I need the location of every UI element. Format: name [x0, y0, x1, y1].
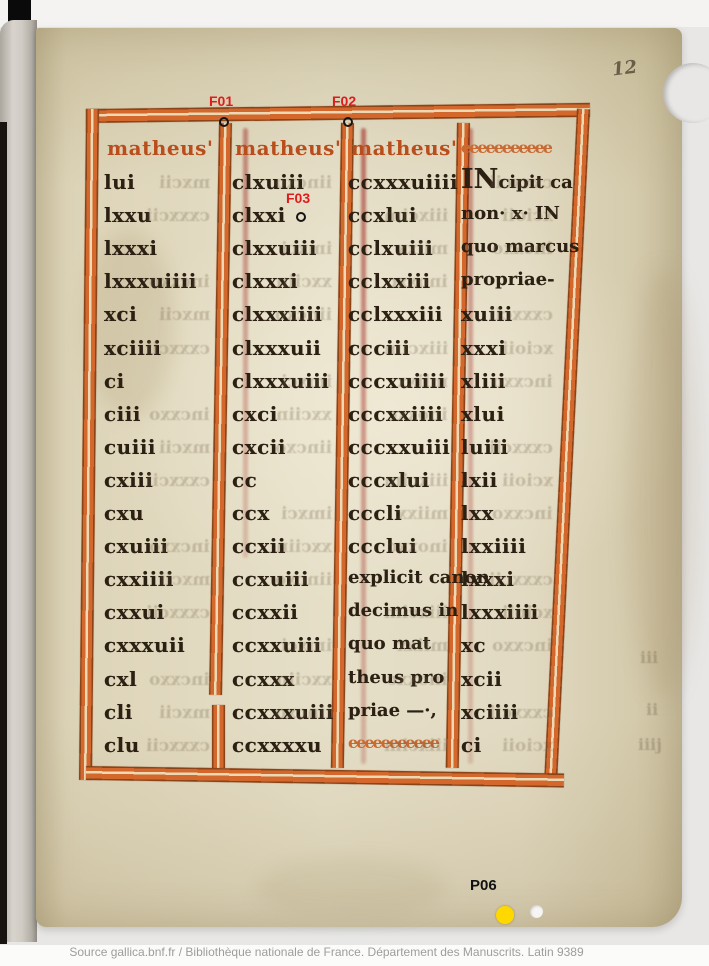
- canon-section-numeral: ccxxxuiiii: [348, 170, 458, 194]
- show-through-text: xxciin: [276, 405, 332, 425]
- canon-text-line: propriae-: [461, 269, 555, 290]
- show-through-text: xxciin: [276, 670, 332, 690]
- source-bar: Source gallica.bnf.fr / Bibliothèque nat…: [0, 945, 709, 966]
- show-through-text: incxxo: [149, 405, 210, 425]
- show-through-text: iincxo: [275, 438, 332, 458]
- canon-section-numeral: xlui: [461, 402, 505, 426]
- show-through-text: iiixcim: [384, 339, 448, 359]
- show-through-text: xxciin: [276, 537, 332, 557]
- canon-section-numeral: cli: [104, 700, 133, 724]
- canon-section-numeral: clxxxuii: [232, 336, 321, 360]
- canon-column-3: matheus'ccxxxuiiiiccxluiiiixcimcclxuiiim…: [348, 136, 450, 791]
- show-through-text: imxci: [281, 239, 332, 259]
- show-through-text: incxxo: [149, 670, 210, 690]
- show-through-text: xcioii: [502, 736, 553, 756]
- canon-section-numeral: lxx: [461, 501, 494, 525]
- show-through-text: mxcii: [159, 173, 210, 193]
- source-attribution: Source gallica.bnf.fr / Bibliothèque nat…: [0, 945, 681, 959]
- scanner-background-top: [0, 0, 709, 27]
- show-through-text: xcioii: [502, 471, 553, 491]
- show-through-text: mxcii: [159, 570, 210, 590]
- show-through-text: iiixcim: [384, 471, 448, 491]
- canon-section-numeral: ciii: [104, 402, 141, 426]
- show-through-text: inoxxc: [387, 405, 448, 425]
- canon-column-2: matheus'clxuiiiiincxoclxxiclxxuiiiimxcic…: [232, 136, 334, 791]
- canon-section-numeral: cccli: [348, 501, 402, 525]
- show-through-text: iincxo: [275, 703, 332, 723]
- show-through-text: xcioii: [502, 339, 553, 359]
- show-through-text: cxxxcii: [489, 570, 553, 590]
- canon-column-4: eeeeeeeeeeeINcipit cacxxxciinon· x· INxc…: [461, 136, 555, 791]
- canon-section-numeral: lxii: [461, 468, 498, 492]
- show-through-text: iincxo: [275, 570, 332, 590]
- parchment-stain: [628, 268, 698, 698]
- canon-section-numeral: clxxi: [232, 203, 286, 227]
- show-through-text: incxxo: [492, 636, 553, 656]
- show-through-text: incxxo: [149, 537, 210, 557]
- show-through-text: iiixcim: [384, 736, 448, 756]
- show-through-text: incxxo: [492, 372, 553, 392]
- show-through-text: cxxxcii: [489, 438, 553, 458]
- show-through-text: miixx: [397, 504, 448, 524]
- show-through-text: mxcii: [159, 703, 210, 723]
- column-separator-1-lower: [212, 705, 225, 768]
- show-through-text: miixx: [397, 372, 448, 392]
- show-through-text: cxxxcii: [146, 206, 210, 226]
- canon-section-numeral: cclxxxiii: [348, 302, 443, 326]
- column-header: matheus': [235, 136, 342, 160]
- canon-section-numeral: cxci: [232, 402, 278, 426]
- show-through-text: iincxo: [275, 305, 332, 325]
- show-through-text: incxxo: [149, 272, 210, 292]
- canon-section-numeral: lxxiiii: [461, 534, 526, 558]
- marker-label-p06: P06: [470, 877, 497, 894]
- canon-section-numeral: xcii: [461, 667, 502, 691]
- scan-black-edge: [0, 122, 7, 944]
- canon-section-numeral: cuiii: [104, 435, 156, 459]
- show-through-text: cxxxcii: [489, 305, 553, 325]
- canon-section-numeral: xc: [461, 633, 486, 657]
- parchment-hole: [530, 905, 543, 918]
- canon-section-numeral: ci: [461, 733, 482, 757]
- canon-section-numeral: ccxxxxu: [232, 733, 322, 757]
- show-through-text: cxxxcii: [489, 703, 553, 723]
- marker-point-f02[interactable]: [343, 117, 353, 127]
- show-through-text: mxcii: [159, 438, 210, 458]
- show-through-text: xcioii: [502, 206, 553, 226]
- marker-point-p06[interactable]: [496, 906, 514, 924]
- canon-section-numeral: cc: [232, 468, 257, 492]
- show-through-text: cxxxcii: [146, 471, 210, 491]
- canon-section-numeral: ci: [104, 369, 125, 393]
- show-through-text: cxxxcii: [489, 173, 553, 193]
- canon-section-numeral: ccx: [232, 501, 270, 525]
- marker-point-f03[interactable]: [296, 212, 306, 222]
- show-through-text: cxxxcii: [146, 603, 210, 623]
- show-through-text: imxci: [281, 504, 332, 524]
- margin-show-through: ii: [646, 700, 658, 719]
- canon-text-line: priae —·,: [348, 700, 437, 721]
- show-through-text: iiixcim: [384, 206, 448, 226]
- show-through-text: miixx: [397, 239, 448, 259]
- show-through-text: cxxxcii: [146, 339, 210, 359]
- marker-label-f01: F01: [209, 93, 233, 109]
- marker-point-f01[interactable]: [219, 117, 229, 127]
- show-through-text: inoxxc: [387, 537, 448, 557]
- column-header: matheus': [107, 136, 214, 160]
- canon-section-numeral: lxxxi: [104, 236, 157, 260]
- show-through-text: incxxo: [492, 239, 553, 259]
- canon-section-numeral: ccxxii: [232, 600, 298, 624]
- show-through-text: imxci: [281, 636, 332, 656]
- show-through-text: incxxo: [492, 504, 553, 524]
- canon-section-numeral: clu: [104, 733, 140, 757]
- show-through-text: imxci: [281, 372, 332, 392]
- marker-label-f03: F03: [286, 190, 310, 206]
- show-through-text: inoxxc: [387, 670, 448, 690]
- canon-section-numeral: xci: [104, 302, 137, 326]
- show-through-text: cxxxcii: [146, 736, 210, 756]
- show-through-text: inoxxc: [387, 272, 448, 292]
- canon-section-numeral: xxxi: [461, 336, 506, 360]
- marker-label-f02: F02: [332, 93, 356, 109]
- column-header: matheus': [351, 136, 458, 160]
- show-through-text: iiixcim: [384, 603, 448, 623]
- canon-column-1: matheus'luimxciilxxucxxxciilxxxilxxxuiii…: [104, 136, 212, 791]
- canon-section-numeral: cxu: [104, 501, 144, 525]
- canon-section-numeral: cccxxuiii: [348, 435, 450, 459]
- canon-section-numeral: lxxu: [104, 203, 152, 227]
- parchment-stain: [256, 858, 446, 918]
- show-through-text: mxcii: [159, 305, 210, 325]
- canon-section-numeral: cxl: [104, 667, 137, 691]
- margin-show-through: iiij: [638, 735, 662, 754]
- column-header-filler: eeeeeeeeeee: [461, 138, 551, 157]
- show-through-text: xxciin: [276, 272, 332, 292]
- show-through-text: miixx: [397, 636, 448, 656]
- canon-section-numeral: cxxxuii: [104, 633, 185, 657]
- folio-number: 12: [611, 57, 638, 81]
- show-through-text: xcioii: [502, 603, 553, 623]
- canon-section-numeral: lui: [104, 170, 135, 194]
- margin-show-through: iii: [640, 648, 658, 667]
